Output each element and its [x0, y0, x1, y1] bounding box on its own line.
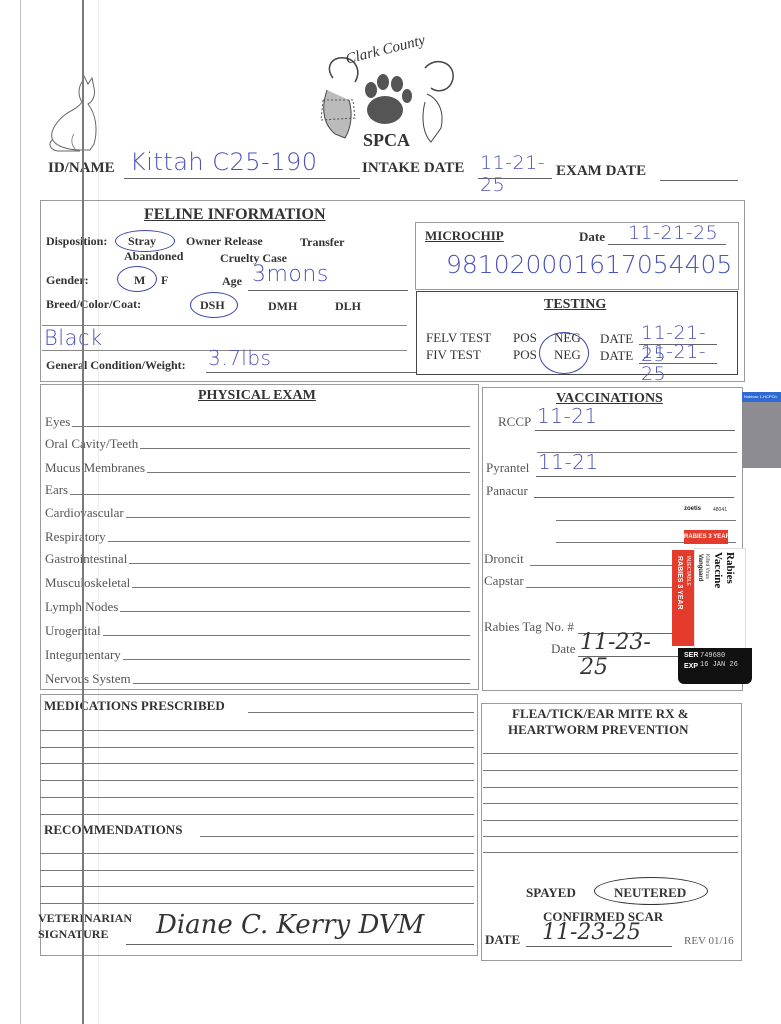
capstar-label: Capstar: [484, 573, 524, 589]
physical-exam-row[interactable]: Integumentary: [45, 643, 470, 663]
physical-exam-field[interactable]: [72, 426, 470, 427]
physical-exam-label: Urogenital: [45, 623, 101, 639]
fiv-date-field[interactable]: 11-21-25: [639, 343, 717, 364]
physical-exam-row[interactable]: Lymph Nodes: [45, 595, 470, 615]
physical-exam-row[interactable]: Eyes: [45, 410, 470, 430]
intake-date-label: INTAKE DATE: [362, 160, 464, 177]
disposition-option-transfer[interactable]: Transfer: [300, 235, 344, 250]
capstar-field[interactable]: [526, 587, 680, 588]
condition-label: General Condition/Weight:: [46, 358, 186, 373]
spayed-option[interactable]: SPAYED: [526, 885, 576, 901]
pyrantel-label: Pyrantel: [486, 460, 529, 476]
sticker-lot-top: 48041: [713, 507, 727, 513]
physical-exam-label: Nervous System: [45, 671, 131, 687]
revision-text: REV 01/16: [684, 935, 734, 947]
microchip-date-field[interactable]: 11-21-25: [608, 222, 726, 245]
sticker-band-top: RABIES 3 YEAR: [684, 530, 728, 544]
physical-exam-field[interactable]: [147, 472, 470, 473]
vaccination-blank-line-2: [556, 520, 736, 521]
signature-field[interactable]: Diane C. Kerry DVM: [126, 912, 474, 945]
sticker-band-text: RABIES 3 YEAR: [676, 556, 683, 610]
flea-line-7[interactable]: [483, 852, 738, 853]
sticker-exp-value: 16 JAN 26: [700, 661, 738, 669]
fiv-date-label: DATE: [600, 348, 633, 364]
sticker-product-line2: Vaccine: [712, 552, 724, 588]
physical-exam-field[interactable]: [126, 517, 470, 518]
pyrantel-value: 11-21: [538, 450, 599, 474]
felv-pos-option[interactable]: POS: [513, 330, 537, 346]
exam-date-field[interactable]: [660, 164, 738, 181]
rccp-label: RCCP: [498, 414, 531, 430]
flea-line-5[interactable]: [483, 820, 738, 821]
signature-label-line2: SIGNATURE: [38, 926, 132, 942]
physical-exam-label: Gastrointestinal: [45, 551, 127, 567]
breed-option-dmh[interactable]: DMH: [268, 299, 297, 314]
sticker-product-brand: Vanguard: [697, 554, 703, 581]
medications-line-5[interactable]: [40, 797, 474, 798]
disposition-option-owner-release[interactable]: Owner Release: [186, 234, 263, 249]
breed-option-dlh[interactable]: DLH: [335, 299, 361, 314]
rccp-field[interactable]: 11-21: [535, 406, 735, 431]
fiv-pos-option[interactable]: POS: [513, 347, 537, 363]
age-label: Age: [222, 274, 242, 289]
signature-label: VETERINARIAN SIGNATURE: [38, 910, 132, 942]
physical-exam-row[interactable]: Nervous System: [45, 667, 470, 687]
physical-exam-field[interactable]: [120, 611, 470, 612]
droncit-label: Droncit: [484, 551, 524, 567]
physical-exam-label: Musculoskeletal: [45, 575, 130, 591]
physical-exam-title: PHYSICAL EXAM: [198, 388, 316, 404]
flea-line-3[interactable]: [483, 787, 738, 788]
recommendations-title: RECOMMENDATIONS: [44, 822, 182, 838]
sticker-brand-top: zoetis: [684, 506, 701, 512]
recommendations-line-4[interactable]: [40, 903, 474, 904]
microchip-title: MICROCHIP: [425, 228, 504, 244]
disposition-label: Disposition:: [46, 234, 107, 249]
neutered-option[interactable]: NEUTERED: [614, 885, 686, 901]
pyrantel-field[interactable]: 11-21: [536, 452, 736, 477]
physical-exam-label: Cardiovascular: [45, 505, 124, 521]
intake-date-value: 11-21-25: [480, 152, 552, 196]
felv-date-label: DATE: [600, 331, 633, 347]
exam-date-label: EXAM DATE: [556, 163, 646, 180]
physical-exam-row[interactable]: Ears: [45, 478, 470, 498]
rccp-value: 11-21: [537, 404, 598, 428]
physical-exam-field[interactable]: [133, 683, 470, 684]
color-value: Black: [44, 326, 103, 350]
physical-exam-field[interactable]: [103, 635, 470, 636]
condition-value: 3.7lbs: [208, 346, 271, 370]
physical-exam-field[interactable]: [132, 587, 470, 588]
felv-neg-option[interactable]: NEG: [554, 330, 581, 346]
recommendations-line-3[interactable]: [40, 886, 474, 887]
physical-exam-row[interactable]: Urogenital: [45, 619, 470, 639]
medications-line-2[interactable]: [40, 747, 474, 748]
sticker-exp-label: EXP: [684, 663, 698, 670]
recommendations-line-1[interactable]: [40, 853, 474, 854]
physical-exam-row[interactable]: Mucus Membranes: [45, 456, 470, 476]
flea-date-value: 11-23-25: [542, 920, 641, 945]
flea-title-line1: FLEA/TICK/EAR MITE RX &: [512, 706, 689, 722]
physical-exam-row[interactable]: Musculoskeletal: [45, 571, 470, 591]
sticker-product-line1: Rabies: [724, 552, 736, 584]
physical-exam-label: Respiratory: [45, 529, 106, 545]
microchip-date-value: 11-21-25: [628, 222, 718, 244]
flea-date-label: DATE: [485, 932, 520, 948]
gender-option-m[interactable]: M: [134, 273, 145, 288]
sticker-ser-value: 749680: [700, 652, 725, 660]
medications-line-1[interactable]: [40, 730, 474, 731]
physical-exam-field[interactable]: [140, 448, 470, 449]
intake-date-field[interactable]: 11-21-25: [478, 152, 552, 179]
physical-exam-row[interactable]: Cardiovascular: [45, 501, 470, 521]
physical-exam-field[interactable]: [129, 563, 470, 564]
physical-exam-row[interactable]: Gastrointestinal: [45, 547, 470, 567]
org-name-text: SPCA: [363, 130, 410, 151]
microchip-date-label: Date: [579, 229, 605, 245]
disposition-option-stray[interactable]: Stray: [128, 234, 156, 249]
feline-info-title: FELINE INFORMATION: [144, 206, 326, 224]
recommendations-line-2[interactable]: [40, 870, 474, 871]
flea-date-field[interactable]: 11-23-25: [526, 922, 672, 947]
age-field[interactable]: 3mons: [248, 264, 408, 291]
microchip-number: 981020001617054405: [446, 250, 732, 279]
gender-option-f[interactable]: F: [161, 273, 168, 288]
spca-logo: Clark County SPCA: [305, 38, 465, 156]
physical-exam-row[interactable]: Oral Cavity/Teeth: [45, 432, 470, 452]
sticker-band-sub: INJECTABLE: [685, 556, 691, 586]
physical-exam-label: Mucus Membranes: [45, 460, 145, 476]
side-vaccine-label: Nobivac 1-HCPCh: [742, 392, 781, 468]
rabies-vaccine-sticker: RABIES 3 YEAR INJECTABLE Rabies Vaccine …: [672, 548, 752, 686]
flea-line-2[interactable]: [483, 770, 738, 771]
physical-exam-label: Eyes: [45, 414, 70, 430]
sticker-product-sub: Killed Virus: [704, 554, 710, 579]
rabies-tag-label: Rabies Tag No. #: [484, 619, 574, 635]
sticker-ser-label: SER: [684, 652, 698, 659]
panacur-field[interactable]: [534, 481, 734, 498]
rabies-date-value: 11-23-25: [580, 630, 678, 680]
panacur-label: Panacur: [486, 483, 528, 499]
signature-label-line1: VETERINARIAN: [38, 910, 132, 926]
rabies-date-field[interactable]: 11-23-25: [578, 632, 678, 657]
recommendations-line-0[interactable]: [200, 836, 474, 837]
fiv-neg-option[interactable]: NEG: [554, 347, 581, 363]
flea-line-4[interactable]: [483, 803, 738, 804]
medications-line-0[interactable]: [248, 712, 474, 713]
testing-title: TESTING: [544, 297, 606, 313]
physical-exam-label: Ears: [45, 482, 68, 498]
physical-exam-field[interactable]: [70, 494, 470, 495]
age-value: 3mons: [252, 262, 329, 287]
physical-exam-field[interactable]: [108, 541, 470, 542]
cat-illustration-icon: [44, 74, 104, 154]
physical-exam-field[interactable]: [123, 659, 470, 660]
side-label-header: Nobivac 1-HCPCh: [742, 392, 781, 402]
disposition-option-abandoned[interactable]: Abandoned: [124, 249, 183, 264]
id-name-value: Kittah C25-190: [130, 148, 318, 176]
medications-line-6[interactable]: [40, 814, 474, 815]
physical-exam-label: Oral Cavity/Teeth: [45, 436, 138, 452]
droncit-field[interactable]: [530, 565, 680, 566]
fiv-date-value: 11-21-25: [641, 341, 717, 385]
flea-line-6[interactable]: [483, 836, 738, 837]
condition-field[interactable]: 3.7lbs: [206, 348, 416, 373]
physical-exam-row[interactable]: Respiratory: [45, 525, 470, 545]
flea-title-line2: HEARTWORM PREVENTION: [508, 722, 688, 738]
id-name-field[interactable]: Kittah C25-190: [124, 150, 360, 179]
breed-option-dsh[interactable]: DSH: [200, 298, 225, 313]
medications-line-4[interactable]: [40, 780, 474, 781]
felv-test-label: FELV TEST: [426, 330, 491, 346]
signature-value: Diane C. Kerry DVM: [156, 910, 424, 940]
page-edge-line: [20, 0, 21, 1024]
rabies-date-label: Date: [551, 641, 576, 657]
medications-title: MEDICATIONS PRESCRIBED: [44, 698, 225, 714]
flea-line-1[interactable]: [483, 753, 738, 754]
page-margin-line: [82, 0, 84, 1024]
medications-line-3[interactable]: [40, 763, 474, 764]
breed-label: Breed/Color/Coat:: [46, 297, 141, 312]
fiv-test-label: FIV TEST: [426, 347, 481, 363]
